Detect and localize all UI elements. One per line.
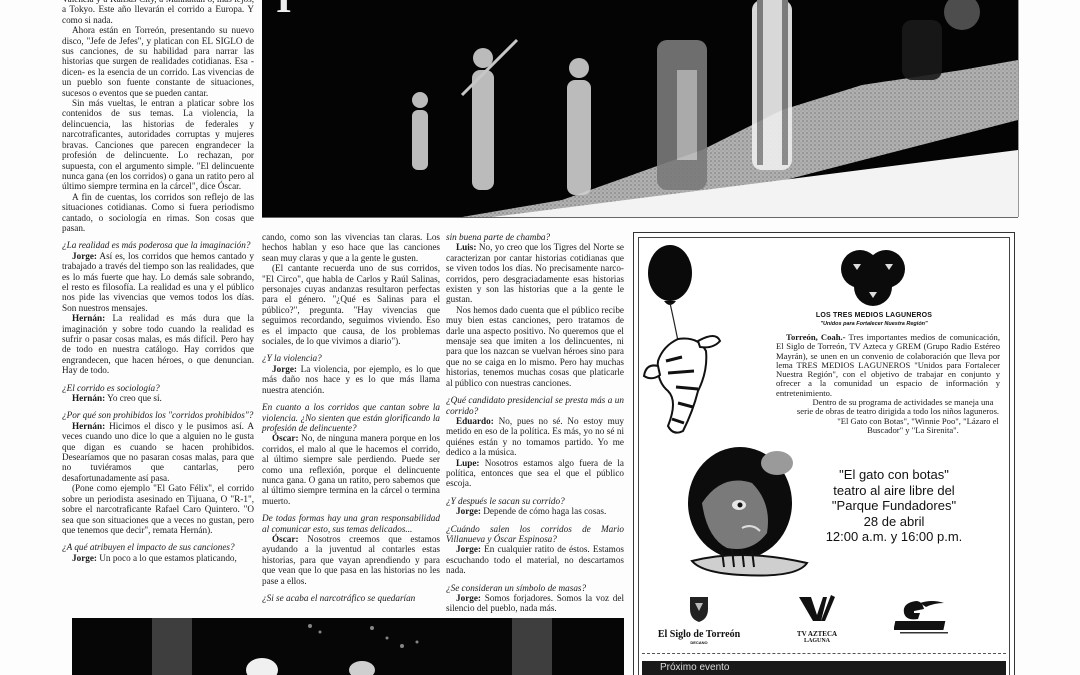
- speaker-name: Jorge:: [456, 506, 481, 516]
- article-column-2: cando, como son las vivencias tan claras…: [262, 232, 440, 612]
- event-title: "El gato con botas": [794, 467, 994, 483]
- paragraph-question: ¿Se consideran un símbolo de masas?: [446, 583, 624, 593]
- promo-paragraph: Dentro de su programa de actividades se …: [746, 398, 1000, 417]
- paragraph-question: ¿Qué candidato presidencial se presta má…: [446, 395, 624, 416]
- sponsor-name: El Siglo de Torreón: [654, 629, 744, 640]
- speaker-name: Óscar:: [272, 534, 299, 544]
- speaker-name: Jorge:: [456, 593, 481, 603]
- tres-medios-logo-icon: [838, 247, 908, 309]
- promo-plays-list: "El Gato con Botas", "Winnie Poo", "Láza…: [746, 417, 1000, 436]
- promo-logo-tagline: "Unidos para Fortalecer Nuestra Región": [784, 321, 964, 327]
- paragraph-body: Ahora están en Torreón, presentando su n…: [62, 25, 254, 98]
- promo-body-text: Torreón, Coah.- Tres importantes medios …: [746, 333, 1000, 435]
- paragraph-answer: Eduardo: No, pues no sé. No estoy muy me…: [446, 416, 624, 458]
- speaker-name: Jorge:: [72, 251, 97, 261]
- paragraph-aside: (Pone como ejemplo "El Gato Félix", el c…: [62, 483, 254, 535]
- speaker-name: Jorge:: [456, 544, 481, 554]
- speaker-name: Jorge:: [272, 364, 297, 374]
- paragraph-answer: Óscar: Nosotros creemos que estamos ayud…: [262, 534, 440, 586]
- grem-logo-icon: [894, 599, 954, 635]
- paragraph-question: ¿Por qué son prohibidos los "corridos pr…: [62, 410, 254, 420]
- band-on-stage-illustration: I: [262, 0, 1018, 217]
- paragraph-answer: Óscar: No, de ninguna manera porque en l…: [262, 433, 440, 506]
- sponsor-name: TV AZTECA: [782, 630, 852, 638]
- paragraph-answer: Jorge: Depende de cómo haga las cosas.: [446, 506, 624, 516]
- paragraph-aside: (El cantante recuerda uno de sus corrido…: [262, 263, 440, 346]
- speaker-name: Óscar:: [272, 433, 299, 443]
- svg-text:I: I: [276, 0, 292, 21]
- paragraph-question: En cuanto a los corridos que cantan sobr…: [262, 402, 440, 433]
- paragraph-answer: Hernán: La realidad es más dura que la i…: [62, 313, 254, 375]
- concert-photo-top: I: [262, 0, 1018, 218]
- paragraph-answer: Lupe: Nosotros estamos algo fuera de la …: [446, 458, 624, 489]
- speaker-name: Hernán:: [72, 421, 105, 431]
- concert-photo-bottom: [72, 618, 624, 675]
- stage-lights-illustration: [72, 618, 624, 675]
- paragraph-body: Valencia y a Kansas City, a Manhattan o,…: [62, 0, 254, 25]
- paragraph-question: ¿El corrido es sociología?: [62, 383, 254, 393]
- promo-dateline: Torreón, Coah.-: [786, 332, 846, 342]
- paragraph-answer: Jorge: Un poco a lo que estamos platican…: [62, 553, 254, 563]
- paragraph-answer: Jorge: En cualquier ratito de éstos. Est…: [446, 544, 624, 575]
- tres-medios-promo-box: LOS TRES MEDIOS LAGUNEROS "Unidos para F…: [633, 232, 1015, 675]
- proximo-evento-bar: Próximo evento: [642, 661, 1006, 675]
- newspaper-page: Valencia y a Kansas City, a Manhattan o,…: [0, 0, 1080, 675]
- paragraph-body: Sin más vueltas, le entran a platicar so…: [62, 98, 254, 192]
- paragraph-question: ¿Y después le sacan su corrido?: [446, 496, 624, 506]
- sponsor-sub: DECANO: [654, 640, 744, 645]
- event-info: "El gato con botas" teatro al aire libre…: [794, 467, 994, 545]
- event-venue: "Parque Fundadores": [794, 498, 994, 514]
- speaker-name: Lupe:: [456, 458, 480, 468]
- paragraph-body: A fin de cuentas, los corridos son refle…: [62, 192, 254, 234]
- page-edge-rule: [1018, 0, 1019, 217]
- paragraph-question: ¿La realidad es más poderosa que la imag…: [62, 240, 254, 250]
- paragraph-question: ¿Si se acaba el narcotráfico se quedaría…: [262, 593, 440, 603]
- paragraph-answer: Hernán: Yo creo que sí.: [62, 393, 254, 403]
- speaker-name: Jorge:: [72, 553, 97, 563]
- paragraph-question: De todas formas hay una gran responsabil…: [262, 513, 440, 534]
- speaker-name: Luis:: [456, 242, 476, 252]
- paragraph-body-continued: cando, como son las vivencias tan claras…: [262, 232, 440, 263]
- paragraph-answer: Jorge: La violencia, por ejemplo, es lo …: [262, 364, 440, 395]
- azteca-logo-icon: [797, 593, 837, 625]
- paragraph-question: ¿Cuándo salen los corridos de Mario Vill…: [446, 524, 624, 545]
- event-date: 28 de abril: [794, 514, 994, 530]
- article-column-1: Valencia y a Kansas City, a Manhattan o,…: [62, 0, 254, 614]
- sponsor-sub: LAGUNA: [782, 638, 852, 644]
- paragraph-body: Nos hemos dado cuenta que el público rec…: [446, 305, 624, 388]
- article-column-3: sin buena parte de chamba?Luis: No, yo c…: [446, 232, 624, 612]
- paragraph-answer: Hernán: Hicimos el disco y le pusimos as…: [62, 421, 254, 483]
- proximo-evento-label: Próximo evento: [660, 662, 729, 673]
- shield-crest-icon: [688, 595, 710, 623]
- promo-divider: [642, 653, 1006, 654]
- paragraph-answer: Jorge: Así es, los corridos que hemos ca…: [62, 251, 254, 313]
- sponsor-tv-azteca: TV AZTECA LAGUNA: [782, 593, 852, 644]
- paragraph-question: ¿A qué atribuyen el impacto de sus canci…: [62, 542, 254, 552]
- paragraph-answer: Luis: No, yo creo que los Tigres del Nor…: [446, 242, 624, 304]
- sponsor-el-siglo: El Siglo de Torreón DECANO: [654, 595, 744, 645]
- sponsor-grem: [889, 599, 959, 640]
- paragraph-question: ¿Y la violencia?: [262, 353, 440, 363]
- promo-paragraph: Torreón, Coah.- Tres importantes medios …: [746, 333, 1000, 398]
- paragraph-answer: Jorge: Somos forjadores. Somos la voz de…: [446, 593, 624, 614]
- tigger-balloon-illustration: [638, 241, 738, 446]
- event-line2: teatro al aire libre del: [794, 483, 994, 499]
- event-times: 12:00 a.m. y 16:00 p.m.: [794, 529, 994, 545]
- promo-logo-title: LOS TRES MEDIOS LAGUNEROS: [784, 312, 964, 319]
- speaker-name: Hernán:: [72, 313, 105, 323]
- paragraph-question-continued: sin buena parte de chamba?: [446, 232, 624, 242]
- speaker-name: Hernán:: [72, 393, 105, 403]
- speaker-name: Eduardo:: [456, 416, 494, 426]
